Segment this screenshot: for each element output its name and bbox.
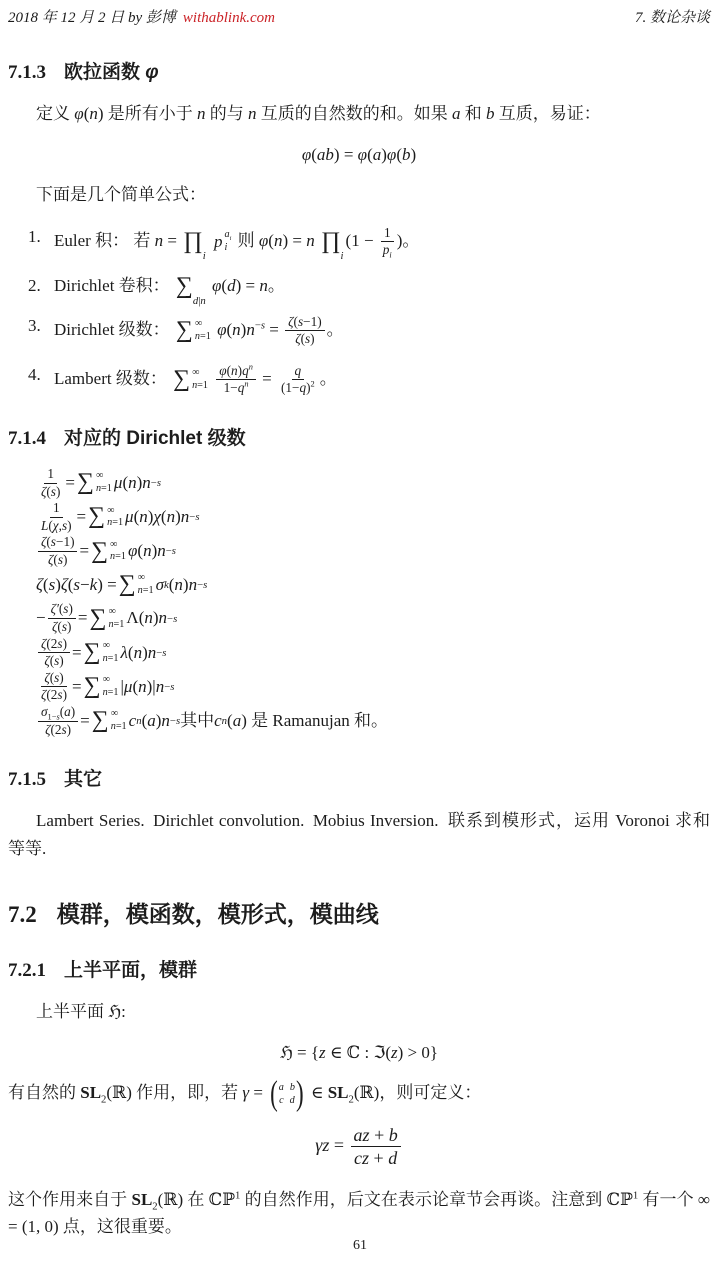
formula-line: σ1−s(a)ζ(2s) = ∑∞n=1 cn(a)n−s 其中 cn(a) 是…	[36, 704, 710, 738]
formula-line: ζ(s)ζ(2s) = ∑∞n=1 |μ(n)|n−s	[36, 670, 710, 704]
display-formula-phi-multiplicative: φ(ab) = φ(a)φ(b)	[8, 142, 710, 168]
para-upper-half-plane: 上半平面 ℌ:	[8, 998, 710, 1026]
header-date-author: 2018 年 12 月 2 日 by 彭博withablink.com	[8, 6, 275, 27]
site-link[interactable]: withablink.com	[183, 10, 275, 26]
section-number: 7.2	[8, 902, 37, 927]
page-footer: 61	[0, 1238, 720, 1254]
formula-list: 1. Euler 积： 若 n = ∏i paii 则 φ(n) = n ∏i(…	[28, 225, 710, 397]
formula-line: 1L(χ,s) = ∑∞n=1 μ(n)χ(n)n−s	[36, 500, 710, 534]
section-title: 对应的 Dirichlet 级数	[64, 428, 246, 449]
list-item-euler-product: 1. Euler 积： 若 n = ∏i paii 则 φ(n) = n ∏i(…	[28, 225, 710, 259]
list-item-formula: Euler 积： 若 n = ∏i paii 则 φ(n) = n ∏i(1 −…	[54, 225, 710, 259]
list-item-formula: Dirichlet 卷积： ∑d|n φ(d) = n。	[54, 274, 710, 299]
header-chapter-title: 7. 数论杂谈	[635, 6, 710, 27]
section-heading-7-2-1: 7.2.1上半平面，模群	[8, 955, 710, 982]
list-item-dirichlet-series: 3. Dirichlet 级数： ∑∞n=1 φ(n)n−s = ζ(s−1)ζ…	[28, 314, 710, 348]
formula-line: ζ(s)ζ(s − k) = ∑∞n=1 σk(n)n−s	[36, 568, 710, 601]
section-heading-7-1-4: 7.1.4对应的 Dirichlet 级数	[8, 423, 710, 450]
section-title: 欧拉函数 φ	[64, 62, 159, 83]
para-sl2r-action: 有自然的 SL2(ℝ) 作用，即，若 γ = (abcd) ∈ SL2(ℝ)，则…	[8, 1079, 710, 1107]
list-item-number: 4.	[28, 363, 54, 388]
list-item-formula: Lambert 级数： ∑∞n=1 φ(n)qn1−qn = q(1−q)2。	[54, 363, 710, 397]
section-heading-7-2: 7.2模群，模函数，模形式，模曲线	[8, 896, 710, 929]
display-formula-upper-half-plane: ℌ = {z ∈ ℂ : ℑ(z) > 0}	[8, 1040, 710, 1066]
para-simple-formulas-intro: 下面是几个简单公式：	[8, 181, 710, 209]
para-other-methods: Lambert Series. Dirichlet convolution. M…	[8, 807, 710, 862]
section-number: 7.1.3	[8, 62, 46, 83]
formula-line: −ζ′(s)ζ(s) = ∑∞n=1 Λ(n)n−s	[36, 601, 710, 635]
list-item-formula: Dirichlet 级数： ∑∞n=1 φ(n)n−s = ζ(s−1)ζ(s)…	[54, 314, 710, 348]
formula-line: 1ζ(s) = ∑∞n=1 μ(n)n−s	[36, 466, 710, 500]
section-number: 7.1.5	[8, 769, 46, 790]
display-formula-moebius-action: γz = az + bcz + d	[8, 1124, 710, 1170]
list-item-number: 2.	[28, 274, 54, 299]
dirichlet-series-formula-block: 1ζ(s) = ∑∞n=1 μ(n)n−s 1L(χ,s) = ∑∞n=1 μ(…	[36, 466, 710, 738]
section-title: 其它	[64, 769, 102, 790]
list-item-number: 1.	[28, 225, 54, 250]
list-item-dirichlet-convolution: 2. Dirichlet 卷积： ∑d|n φ(d) = n。	[28, 274, 710, 299]
header-date-text: 2018 年 12 月 2 日 by 彭博	[8, 10, 176, 26]
section-number: 7.1.4	[8, 428, 46, 449]
page-header: 2018 年 12 月 2 日 by 彭博withablink.com 7. 数…	[8, 6, 710, 27]
section-title: 模群，模函数，模形式，模曲线	[57, 901, 379, 927]
section-title: 上半平面，模群	[64, 960, 197, 981]
section-heading-7-1-3: 7.1.3欧拉函数 φ	[8, 57, 710, 84]
para-cp1-remark: 这个作用来自于 SL2(ℝ) 在 ℂℙ1 的自然作用，后文在表示论章节会再谈。注…	[8, 1186, 710, 1241]
list-item-number: 3.	[28, 314, 54, 339]
list-item-lambert-series: 4. Lambert 级数： ∑∞n=1 φ(n)qn1−qn = q(1−q)…	[28, 363, 710, 397]
formula-line: ζ(2s)ζ(s) = ∑∞n=1 λ(n)n−s	[36, 636, 710, 670]
para-euler-phi-definition: 定义 φ(n) 是所有小于 n 的与 n 互质的自然数的和。如果 a 和 b 互…	[8, 100, 710, 128]
section-number: 7.2.1	[8, 960, 46, 981]
document-page: 2018 年 12 月 2 日 by 彭博withablink.com 7. 数…	[0, 0, 720, 1264]
page-number: 61	[353, 1238, 367, 1253]
section-heading-7-1-5: 7.1.5其它	[8, 764, 710, 791]
formula-line: ζ(s−1)ζ(s) = ∑∞n=1 φ(n)n−s	[36, 534, 710, 568]
